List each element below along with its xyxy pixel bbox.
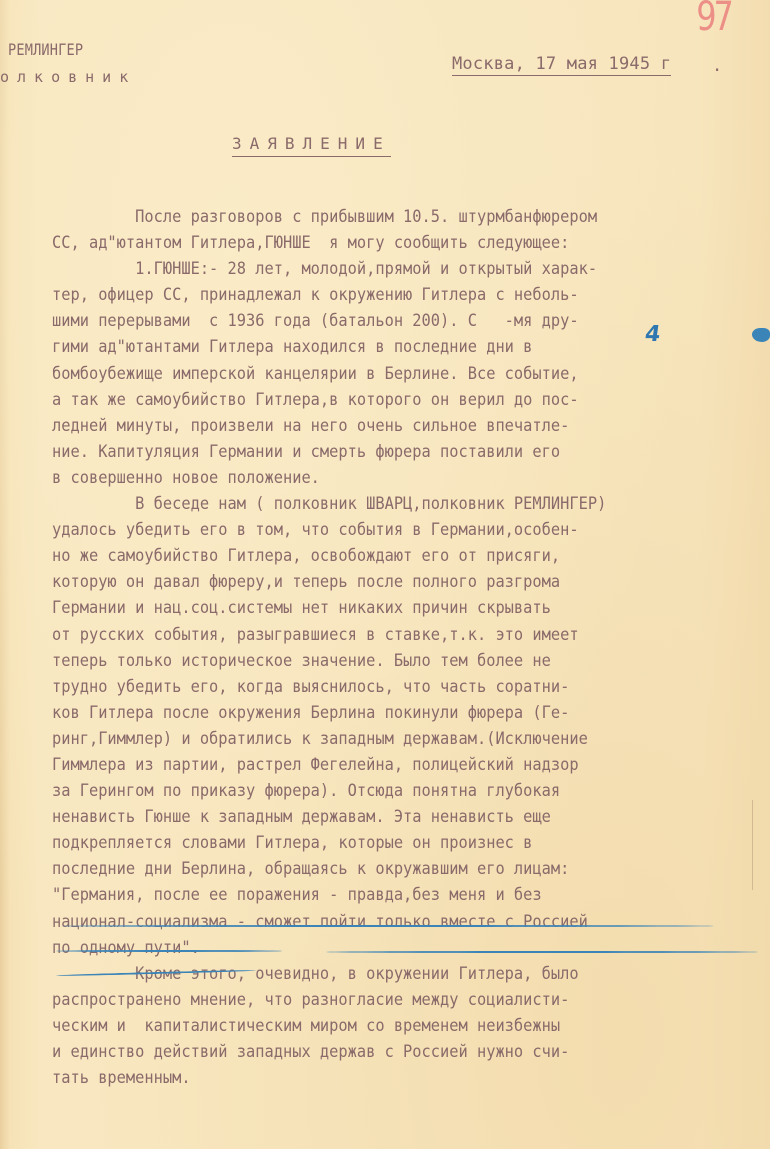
body-line: ринг,Гиммлер) и обратились к западным де… [52,726,720,752]
body-line: тер, офицер СС, принадлежал к окружению … [52,282,720,308]
place-date-dot: . [712,58,722,75]
body-line: ческим и капиталистическим миром со врем… [52,1013,720,1039]
document-body: После разговоров с прибывшим 10.5. штурм… [52,204,770,1091]
body-line: трудно убедить его, когда выяснилось, чт… [52,674,720,700]
body-line: распространено мнение, что разногласие м… [52,987,720,1013]
body-line: национал-социализма - сможет пойти тольк… [52,909,720,935]
body-line: подкрепляется словами Гитлера, которые о… [52,830,720,856]
body-line: последние дни Берлина, обращаясь к окруж… [52,856,720,882]
ink-underline [326,951,758,953]
body-line: ледней минуты, произвели на него очень с… [52,413,720,439]
body-line: и единство действий западных держав с Ро… [52,1039,720,1065]
body-line: удалось убедить его в том, что события в… [52,517,720,543]
place-date: Москва, 17 мая 1945 г [452,56,671,76]
body-line: от русских события, разыгравшиеся в став… [52,622,720,648]
body-line: тать временным. [52,1065,720,1091]
document-title: ЗАЯВЛЕНИЕ [232,136,391,157]
body-line: В беседе нам ( полковник ШВАРЦ,полковник… [52,491,720,517]
body-line: за Герингом по приказу фюрера). Отсюда п… [52,778,720,804]
body-line: 1.ГЮНШЕ:- 28 лет, молодой,прямой и откры… [52,256,720,282]
sender-name: РЕМЛИНГЕР [8,42,83,58]
sender-rank: олковник [0,70,136,85]
body-line: ние. Капитуляция Германии и смерть фюрер… [52,439,720,465]
body-line: гими ад"ютантами Гитлера находился в пос… [52,334,720,360]
body-line: После разговоров с прибывшим 10.5. штурм… [52,204,720,230]
margin-mark [752,800,753,890]
ink-underline [62,925,714,927]
body-line: ков Гитлера после окружения Берлина поки… [52,700,720,726]
body-line: которую он давал фюреру,и теперь после п… [52,569,720,595]
ink-underline [56,950,282,952]
body-line: Гиммлера из партии, растрел Фегелейна, п… [52,752,720,778]
body-line: бомбоубежище имперской канцелярии в Берл… [52,361,720,387]
body-line: по одному пути". [52,935,720,961]
body-line: шими перерывами с 1936 года (батальон 20… [52,308,720,334]
body-line: Германии и нац.соц.системы нет никаких п… [52,595,720,621]
body-line: ненависть Гюнше к западным державам. Эта… [52,804,720,830]
document-page: 97 РЕМЛИНГЕР олковник Москва, 17 мая 194… [0,0,770,1149]
body-line: но же самоубийство Гитлера, освобождают … [52,543,720,569]
archive-folio-number: 97 [696,0,730,40]
body-line: теперь только историческое значение. Был… [52,648,720,674]
body-line: в совершенно новое положение. [52,465,720,491]
body-line: "Германия, после ее поражения - правда,б… [52,882,720,908]
body-line: СС, ад"ютантом Гитлера,ГЮНШЕ я могу сооб… [52,230,720,256]
body-line: а так же самоубийство Гитлера,в которого… [52,387,720,413]
ink-blot [752,328,770,342]
